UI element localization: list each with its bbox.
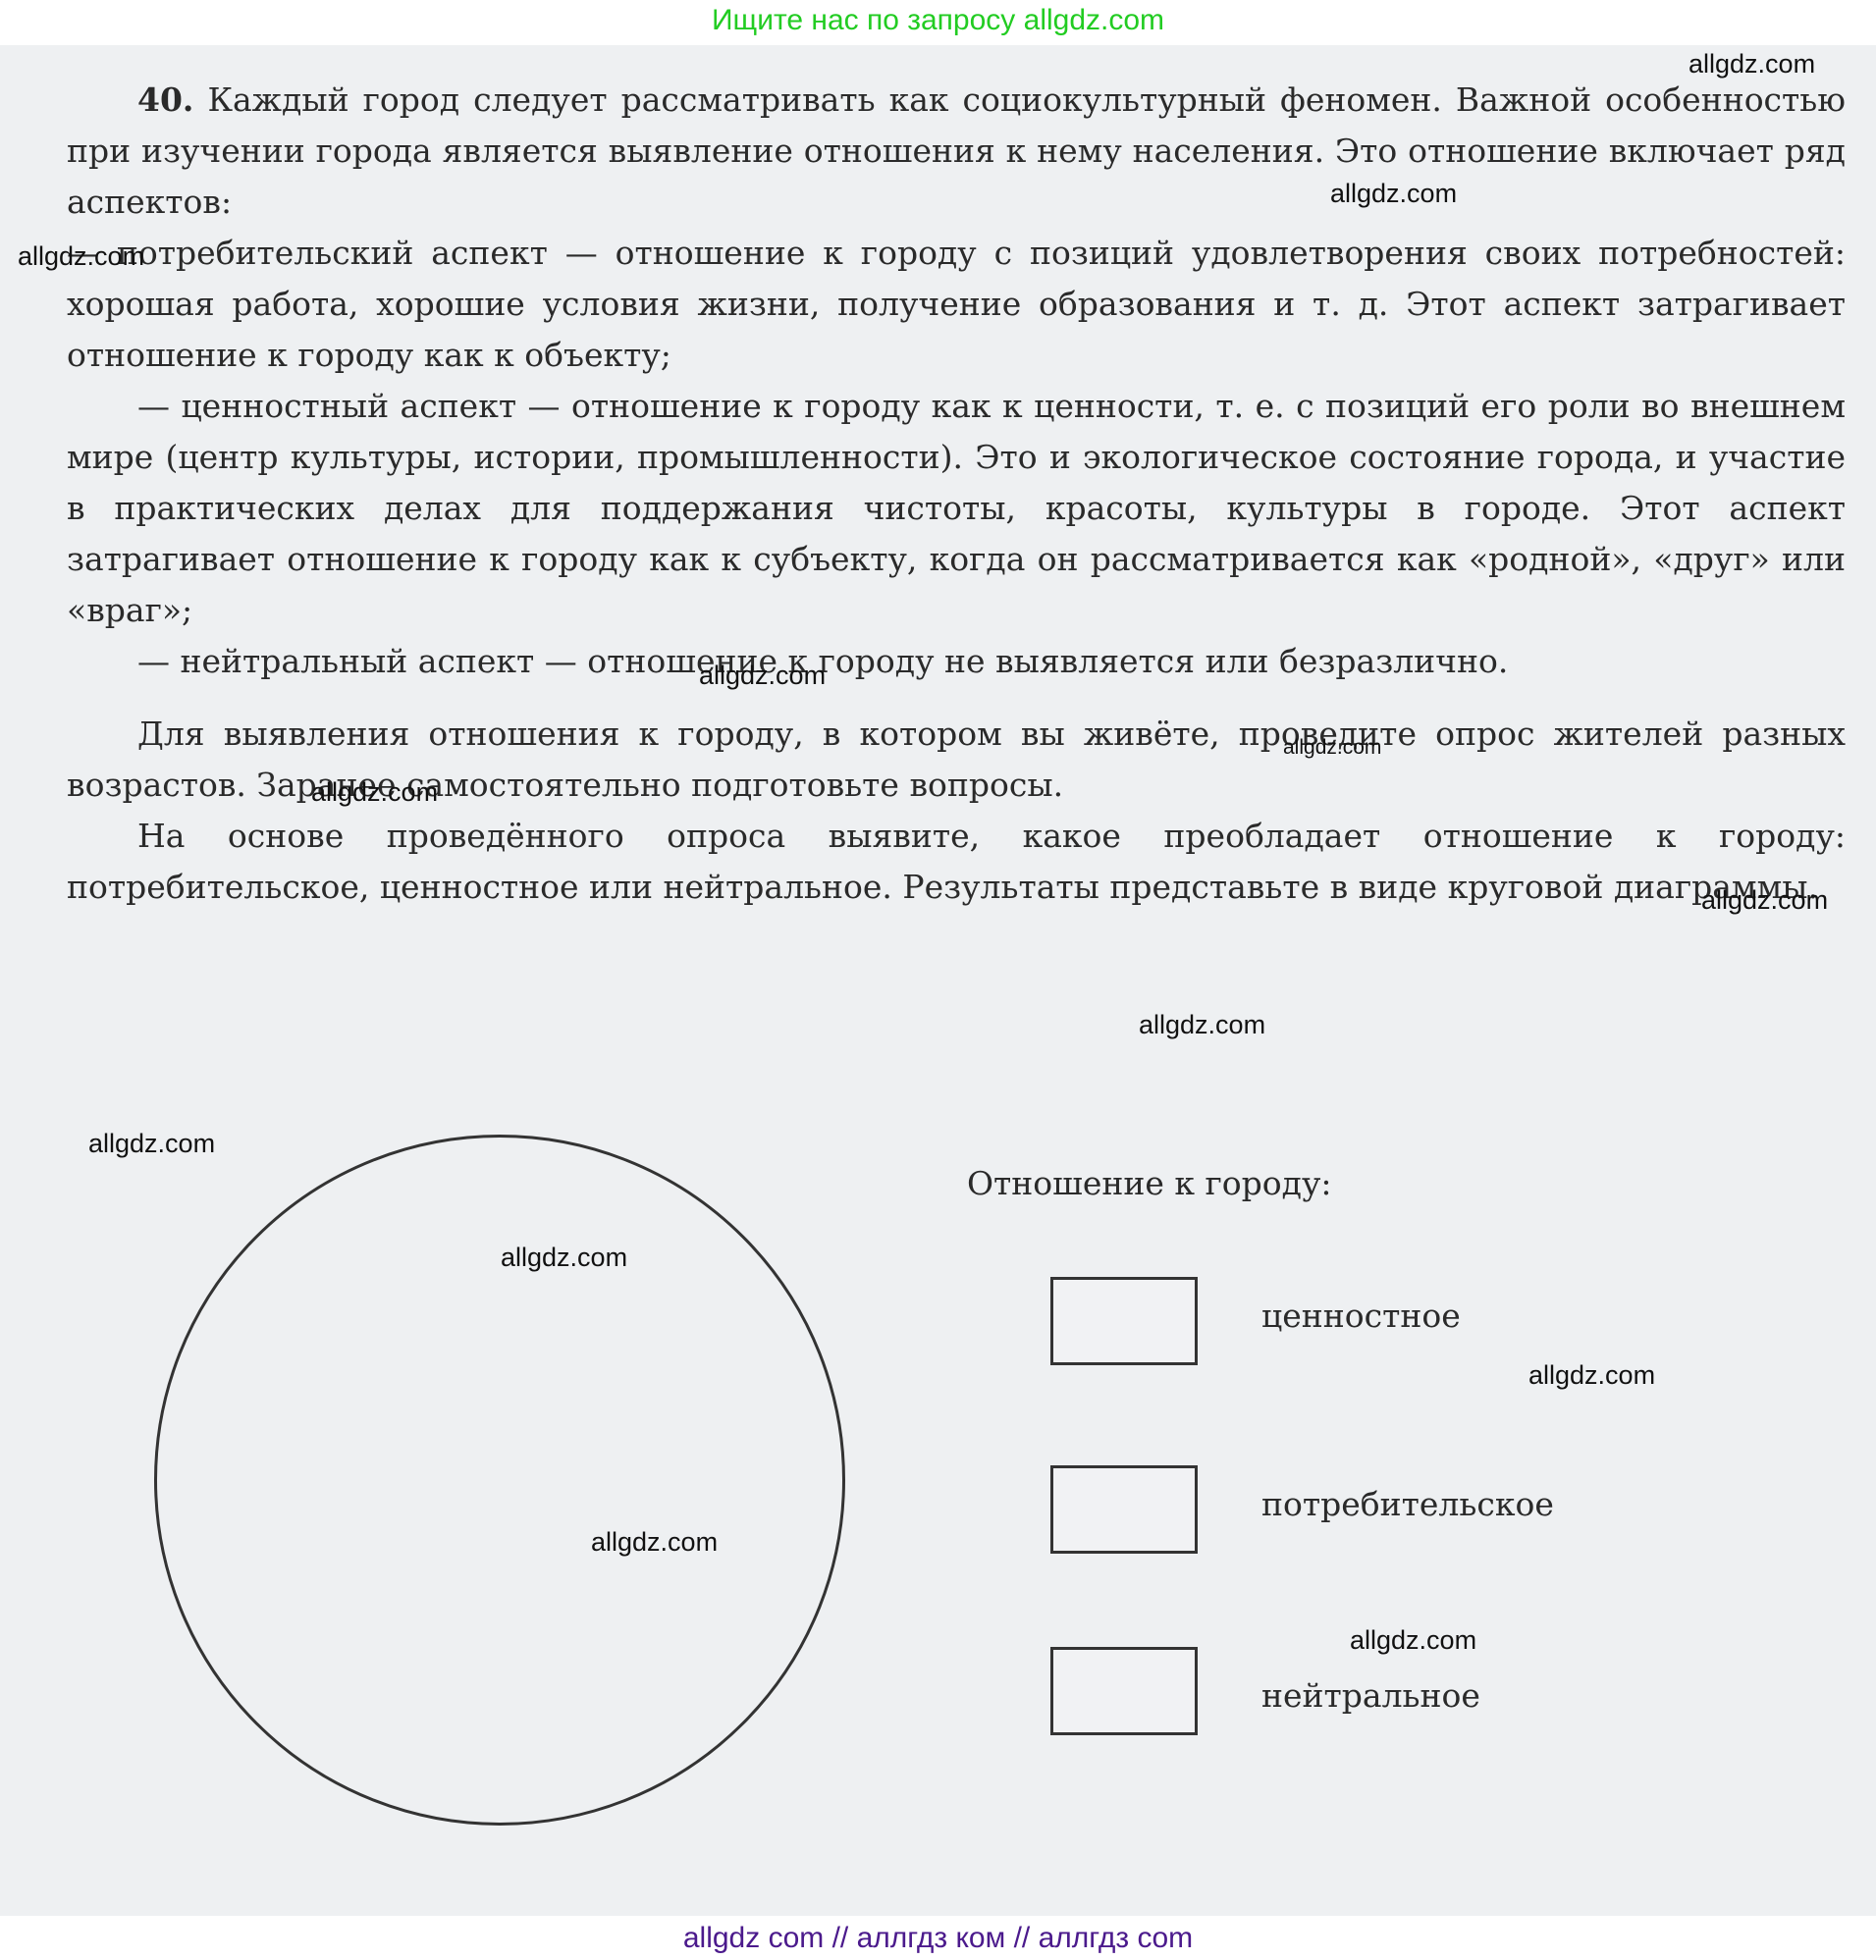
watermark: allgdz.com [1701,885,1828,916]
legend-label-neutral: нейтральное [1261,1676,1480,1715]
watermark: allgdz.com [699,661,826,691]
watermark: allgdz.com [501,1243,627,1273]
textbook-page: 40. Каждый город следует рассматривать к… [0,45,1876,1916]
watermark: allgdz.com [88,1129,215,1159]
bottom-banner-text: allgdz com // аллгдз ком // аллгдз com [683,1922,1193,1954]
legend-title: Отношение к городу: [967,1164,1332,1202]
watermark: allgdz.com [311,777,438,808]
aspect-neutral: — нейтральный аспект — отношение к город… [67,636,1846,687]
aspect-value: — ценностный аспект — отношение к городу… [67,381,1846,636]
bottom-banner: allgdz com // аллгдз ком // аллгдз com [0,1916,1876,1960]
watermark: allgdz.com [591,1527,718,1558]
aspect-consumer: — потребительский аспект — отношение к г… [67,228,1846,381]
watermark: allgdz.com [1283,736,1381,760]
watermark: allgdz.com [1688,49,1815,79]
watermark: allgdz.com [1350,1625,1476,1656]
watermark: allgdz.com [18,241,144,272]
legend-label-consumer: потребительское [1261,1485,1554,1523]
task-number: 40. [137,80,193,119]
legend-label-value: ценностное [1261,1297,1461,1335]
watermark: allgdz.com [1330,179,1457,209]
legend-box-neutral[interactable] [1050,1647,1198,1735]
legend-box-value[interactable] [1050,1277,1198,1365]
top-banner-text: Ищите нас по запросу allgdz.com [712,4,1164,36]
top-banner: Ищите нас по запросу allgdz.com [0,0,1876,45]
watermark: allgdz.com [1528,1360,1655,1391]
task-intro: Каждый город следует рассматривать как с… [67,80,1846,221]
instruction-chart: На основе проведённого опроса выявите, к… [67,811,1846,913]
watermark: allgdz.com [1139,1010,1265,1040]
pie-chart-circle [154,1135,845,1826]
legend-box-consumer[interactable] [1050,1465,1198,1554]
